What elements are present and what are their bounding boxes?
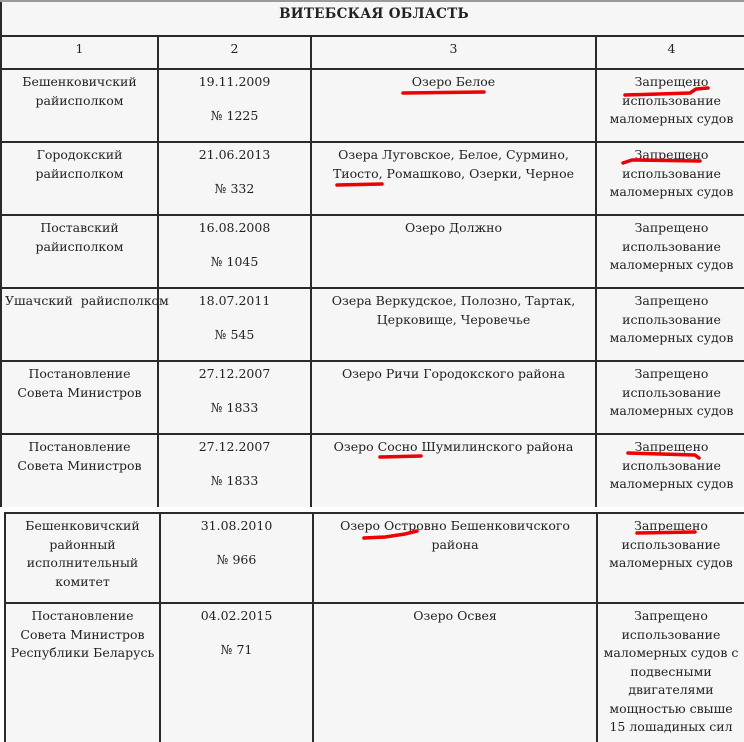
decision-number: № 545: [215, 327, 255, 342]
authority-cell: Поставский райисполком: [1, 215, 158, 288]
region-title: ВИТЕБСКАЯ ОБЛАСТЬ: [1, 1, 744, 36]
restriction-cell: Запрещено использование маломерных судов: [596, 69, 744, 142]
lakes-cell: Озера Луговское, Белое, Сурмино, Тиосто,…: [311, 142, 596, 215]
decision-number: № 1045: [211, 254, 259, 269]
authority-cell: Ушачский райисполком: [1, 288, 158, 361]
regulations-table-continued: Бешенковичский районный исполнительный к…: [4, 512, 744, 742]
decision-cell: 27.12.2007№ 1833: [158, 434, 311, 507]
table-row: Бешенковичский районный исполнительный к…: [5, 513, 744, 603]
table-row: Городокский райисполком 21.06.2013№ 332 …: [1, 142, 744, 215]
table-row: Ушачский райисполком 18.07.2011№ 545 Озе…: [1, 288, 744, 361]
authority-cell: Городокский райисполком: [1, 142, 158, 215]
restriction-cell: Запрещено использование маломерных судов…: [597, 603, 744, 742]
regulations-table: ВИТЕБСКАЯ ОБЛАСТЬ 1 2 3 4 Бешенковичский…: [0, 0, 744, 507]
lakes-cell: Озеро Освея: [313, 603, 597, 742]
decision-number: № 332: [215, 181, 255, 196]
decision-cell: 27.12.2007№ 1833: [158, 361, 311, 434]
column-header: 3: [311, 36, 596, 69]
decision-date: 27.12.2007: [199, 366, 271, 381]
decision-cell: 04.02.2015№ 71: [160, 603, 313, 742]
column-number-row: 1 2 3 4: [1, 36, 744, 69]
decision-date: 21.06.2013: [199, 147, 271, 162]
lakes-cell: Озеро Сосно Шумилинского района: [311, 434, 596, 507]
authority-cell: Бешенковичский районный исполнительный к…: [5, 513, 160, 603]
decision-cell: 31.08.2010№ 966: [160, 513, 313, 603]
decision-date: 04.02.2015: [201, 608, 273, 623]
column-header: 2: [158, 36, 311, 69]
table-row: Постановление Совета Министров 27.12.200…: [1, 361, 744, 434]
decision-cell: 18.07.2011№ 545: [158, 288, 311, 361]
restriction-cell: Запрещено использование маломерных судов: [596, 434, 744, 507]
decision-cell: 19.11.2009№ 1225: [158, 69, 311, 142]
decision-number: № 71: [221, 642, 253, 657]
decision-number: № 1833: [211, 400, 259, 415]
decision-date: 19.11.2009: [199, 74, 271, 89]
restriction-cell: Запрещено использование маломерных судов: [597, 513, 744, 603]
lakes-cell: Озеро Ричи Городокского района: [311, 361, 596, 434]
table-row: Поставский райисполком 16.08.2008№ 1045 …: [1, 215, 744, 288]
decision-date: 18.07.2011: [199, 293, 271, 308]
decision-cell: 21.06.2013№ 332: [158, 142, 311, 215]
restriction-cell: Запрещено использование маломерных судов: [596, 361, 744, 434]
decision-number: № 966: [217, 552, 257, 567]
decision-number: № 1225: [211, 108, 259, 123]
table-row: Постановление Совета Министров 27.12.200…: [1, 434, 744, 507]
decision-date: 27.12.2007: [199, 439, 271, 454]
authority-cell: Бешенковичский райисполком: [1, 69, 158, 142]
decision-date: 31.08.2010: [201, 518, 273, 533]
restriction-cell: Запрещено использование маломерных судов: [596, 288, 744, 361]
column-header: 4: [596, 36, 744, 69]
restriction-cell: Запрещено использование маломерных судов: [596, 142, 744, 215]
lakes-cell: Озеро Белое: [311, 69, 596, 142]
table-row: Постановление Совета Министров Республик…: [5, 603, 744, 742]
table-row: Бешенковичский райисполком 19.11.2009№ 1…: [1, 69, 744, 142]
lakes-cell: Озера Веркудское, Полозно, Тартак, Церко…: [311, 288, 596, 361]
lakes-cell: Озеро Островно Бешенковичского района: [313, 513, 597, 603]
authority-cell: Постановление Совета Министров: [1, 434, 158, 507]
decision-date: 16.08.2008: [199, 220, 271, 235]
lakes-cell: Озеро Должно: [311, 215, 596, 288]
authority-cell: Постановление Совета Министров: [1, 361, 158, 434]
authority-cell: Постановление Совета Министров Республик…: [5, 603, 160, 742]
decision-cell: 16.08.2008№ 1045: [158, 215, 311, 288]
decision-number: № 1833: [211, 473, 259, 488]
restriction-cell: Запрещено использование маломерных судов: [596, 215, 744, 288]
column-header: 1: [1, 36, 158, 69]
